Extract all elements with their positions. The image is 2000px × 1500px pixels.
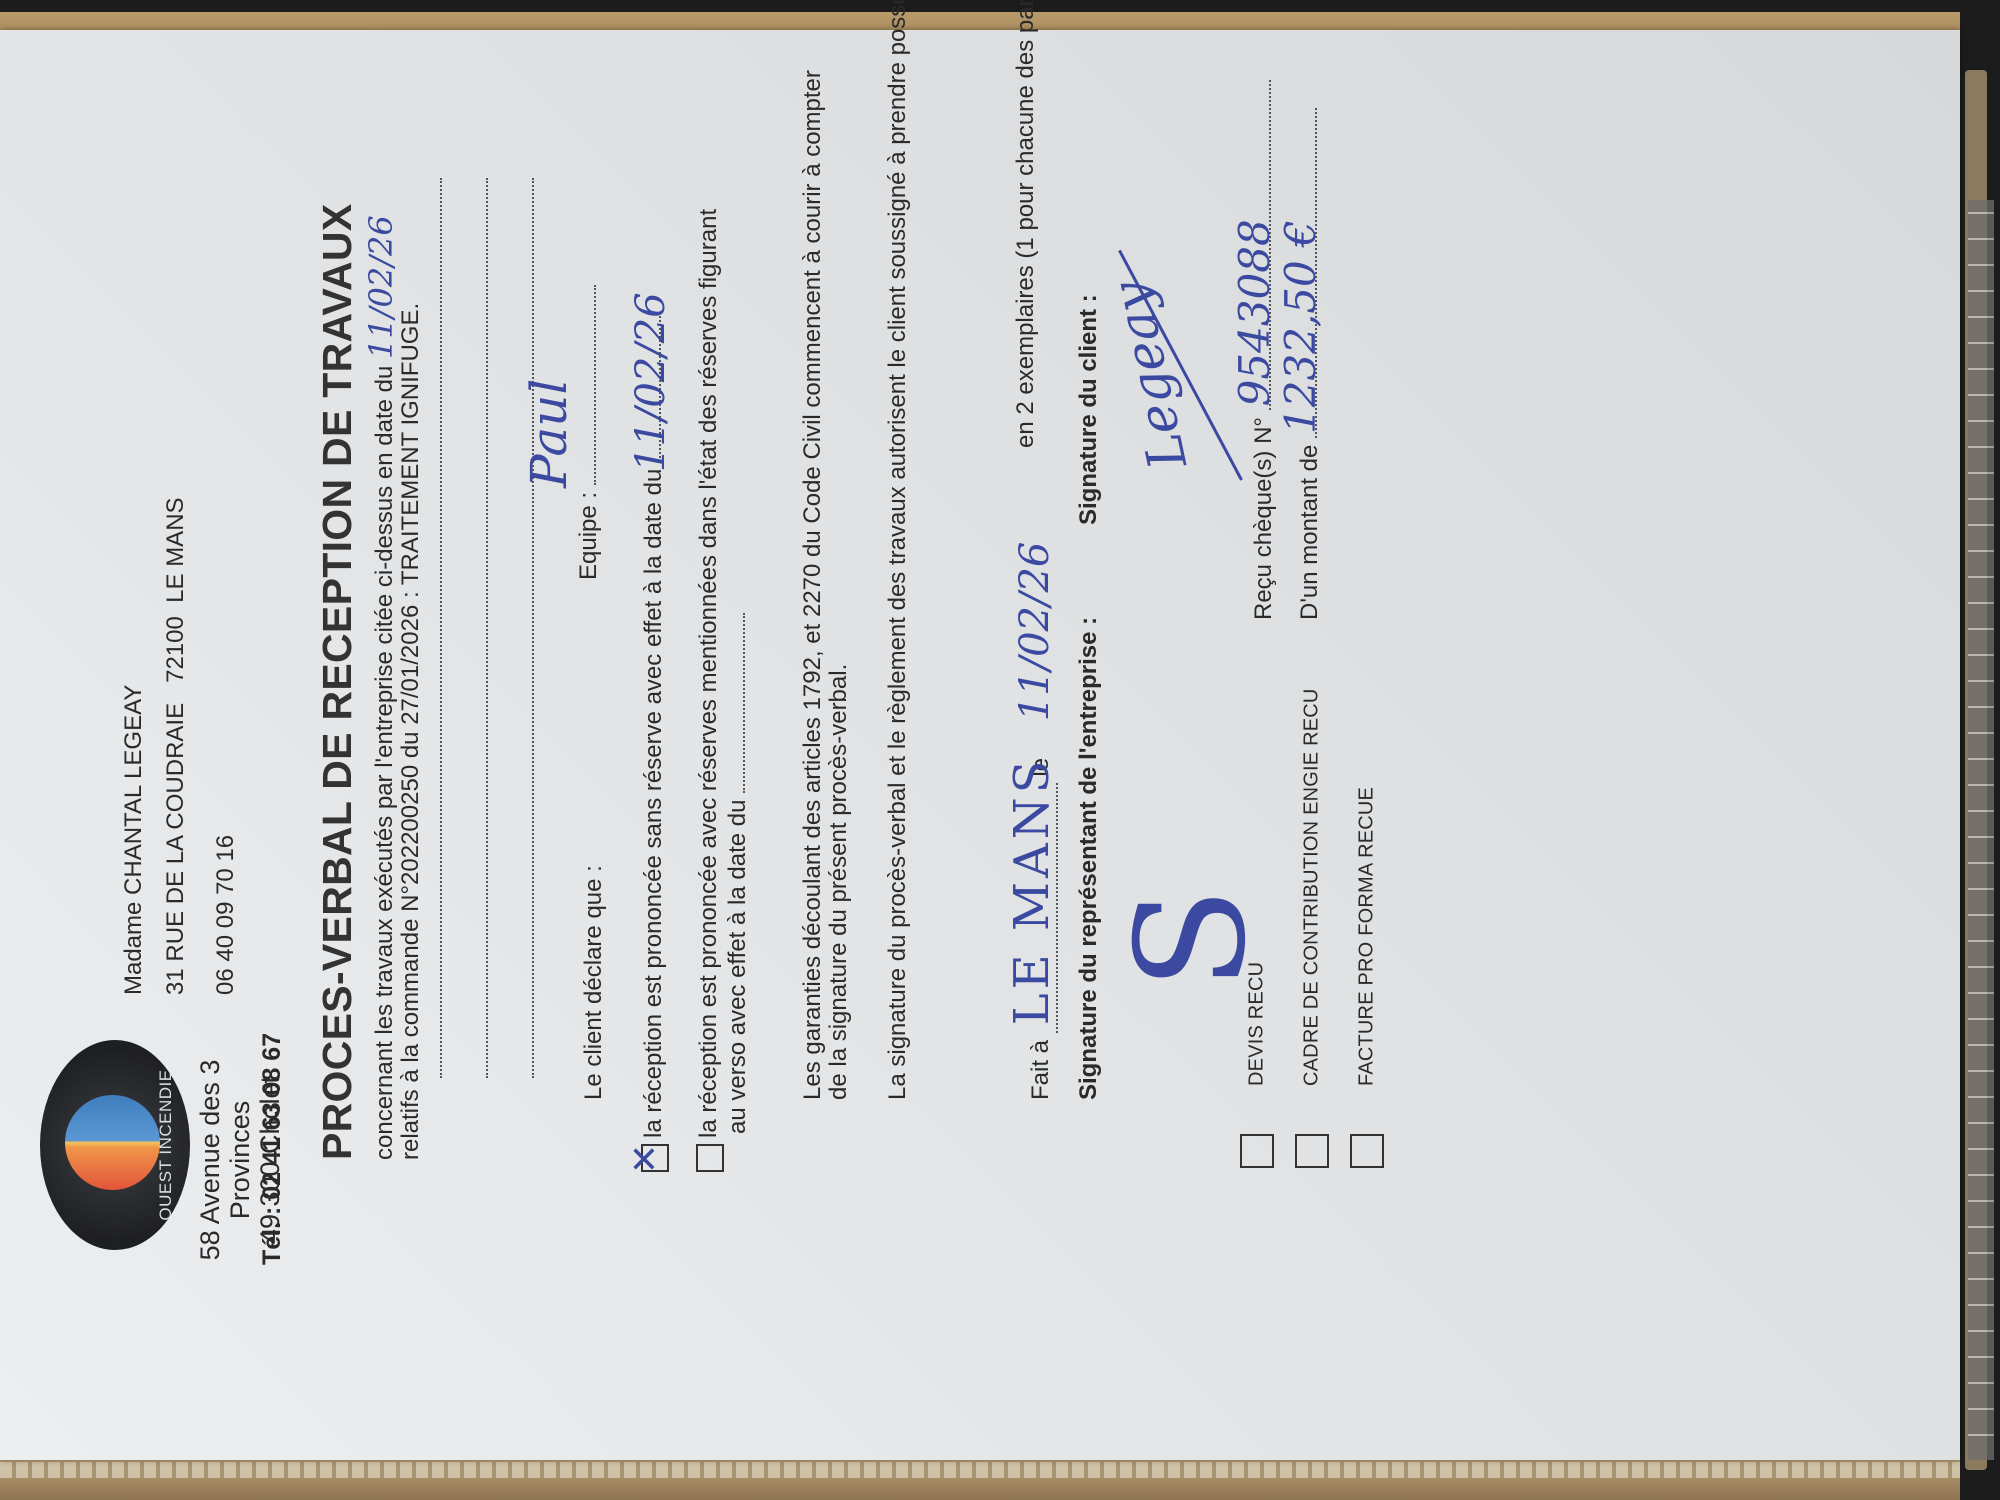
option-with-reserves: la réception est prononcée avec réserves… [695, 209, 752, 1172]
company-logo: OUEST INCENDIE [40, 1040, 190, 1250]
document-page: OUEST INCENDIE 58 Avenue des 3 Provinces… [0, 30, 1960, 1460]
option-no-reserve-date[interactable]: 11/02/26 [637, 292, 665, 472]
guarantees-line2: de la signature du présent procès-verbal… [826, 70, 852, 1100]
cheque-value[interactable]: 9543088 [1230, 219, 1279, 406]
checklist-devis: DEVIS RECU [1240, 962, 1274, 1168]
signing-place-date: Fait à LE MANS le 11/02/26 [1012, 542, 1058, 1100]
checklist-devis-checkbox[interactable] [1240, 1134, 1274, 1168]
amount-value[interactable]: 1232,50 € [1276, 220, 1325, 434]
blank-line-2[interactable] [486, 178, 488, 1078]
intro-line2: relatifs à la commande N°202200250 du 27… [398, 215, 424, 1160]
team-label-text: Equipe : [575, 492, 602, 580]
checklist-devis-label: DEVIS RECU [1245, 962, 1267, 1086]
place-value[interactable]: LE MANS [1004, 756, 1060, 1025]
team-label: Equipe : [575, 285, 603, 580]
checklist-proforma: FACTURE PRO FORMA RECUE [1350, 787, 1384, 1168]
company-signature-label: Signature du représentant de l'entrepris… [1075, 617, 1103, 1100]
checklist-proforma-label: FACTURE PRO FORMA RECUE [1355, 787, 1377, 1086]
amount-label: D'un montant de [1296, 445, 1323, 620]
cheque-field[interactable]: 9543088 [1269, 80, 1271, 410]
client-phone: 06 40 09 70 16 [212, 835, 240, 995]
checklist-proforma-checkbox[interactable] [1350, 1134, 1384, 1168]
client-name: Madame CHANTAL LEGEAY [120, 685, 148, 995]
team-field-value[interactable]: Paul [520, 379, 578, 488]
amount-row: D'un montant de 1232,50 € [1296, 108, 1324, 620]
company-address-line1: 58 Avenue des 3 Provinces [195, 1010, 255, 1310]
guarantees-line1: Les garanties découlant des articles 179… [800, 70, 826, 1100]
intro-paragraph: concernant les travaux exécutés par l'en… [368, 215, 424, 1160]
work-date-field[interactable]: 11/02/26 [362, 215, 400, 359]
place-label: Fait à [1027, 1040, 1054, 1100]
option-with-reserves-date-line[interactable] [743, 613, 745, 793]
blank-line-1[interactable] [440, 178, 442, 1078]
intro-line1: concernant les travaux exécutés par l'en… [371, 366, 398, 1160]
option-with-reserves-text-line2: au verso avec effet à la date du [724, 800, 751, 1134]
sleeve-perforations [1968, 200, 1994, 1460]
team-field-line[interactable] [594, 285, 596, 485]
option-no-reserve-checkbox[interactable] [641, 1144, 669, 1172]
cheque-label: Reçu chèque(s) N° [1250, 417, 1277, 620]
company-brand: OUEST INCENDIE [156, 1040, 176, 1250]
cheque-row: Reçu chèque(s) N° 9543088 [1250, 80, 1278, 620]
photo-frame: OUEST INCENDIE 58 Avenue des 3 Provinces… [0, 30, 1960, 1460]
possession-paragraph: La signature du procès-verbal et le règl… [885, 0, 911, 1100]
guarantees-paragraph: Les garanties découlant des articles 179… [800, 70, 852, 1100]
client-signature-label: Signature du client : [1075, 294, 1103, 525]
blank-line-3[interactable] [532, 178, 534, 1078]
amount-field[interactable]: 1232,50 € [1315, 108, 1317, 438]
checklist-engie-label: CADRE DE CONTRIBUTION ENGIE RECU [1300, 688, 1322, 1086]
option-no-reserve: la réception est prononcée sans réserve … [640, 312, 669, 1172]
option-no-reserve-text: la réception est prononcée sans réserve … [640, 469, 667, 1138]
place-field[interactable]: LE MANS [1056, 783, 1058, 1033]
checklist-engie-checkbox[interactable] [1295, 1134, 1329, 1168]
checklist-engie: CADRE DE CONTRIBUTION ENGIE RECU [1295, 688, 1329, 1168]
flame-water-logo-icon [65, 1095, 160, 1190]
copies-text: en 2 exemplaires (1 pour chacune des par… [1012, 0, 1040, 448]
option-with-reserves-text: la réception est prononcée avec réserves… [695, 209, 722, 1138]
option-with-reserves-checkbox[interactable] [696, 1144, 724, 1172]
client-declares-label: Le client déclare que : [580, 865, 608, 1100]
page-title: PROCES-VERBAL DE RECEPTION DE TRAVAUX [314, 204, 361, 1160]
client-address: 31 RUE DE LA COUDRAIE 72100 LE MANS [162, 497, 190, 995]
company-phone: Tél. : 02 41 63 08 67 [258, 1033, 287, 1265]
option-no-reserve-date-line[interactable]: 11/02/26 [659, 312, 661, 462]
sleeve-perforations-bottom [0, 1462, 1960, 1478]
date-value[interactable]: 11/02/26 [1012, 542, 1058, 722]
